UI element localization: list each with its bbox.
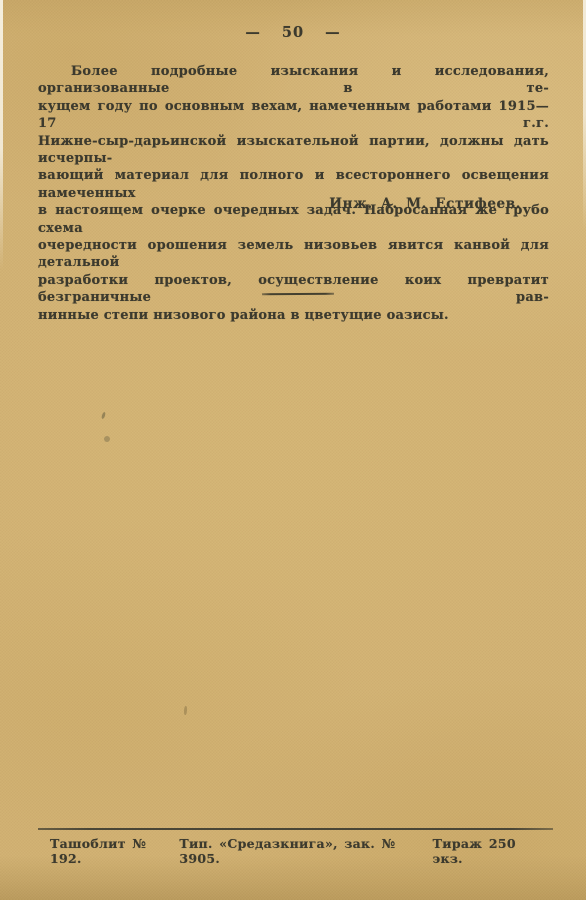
paragraph-line: очередности орошения земель низовьев яви… [38,237,549,272]
paragraph-line: нинные степи низового района в цветущие … [38,307,549,324]
page-number: 50 [282,24,304,41]
scanned-book-page: — 50 — Более подробные изыскания и иссле… [0,0,586,900]
footer-rule [38,828,553,830]
section-divider-rule [262,293,334,295]
page-number-dash-left: — [245,24,261,41]
page-number-header: — 50 — [0,24,586,41]
imprint-footer: Ташоблит № 192. Тип. «Средазкнига», зак.… [50,836,548,866]
paragraph-line: разработки проектов, осуществление коих … [38,272,549,307]
paper-blemish [104,436,110,442]
paragraph-line: кущем году по основным вехам, намеченным… [38,98,549,133]
paper-blemish [101,412,106,420]
imprint-license: Ташоблит № 192. [50,836,179,866]
body-paragraph: Более подробные изыскания и исследования… [38,63,549,324]
paper-blemish [184,706,187,715]
signature-line: Инж. А. М. Естифеев. [329,196,521,212]
imprint-printer: Тип. «Средазкнига», зак. № 3905. [179,836,432,866]
page-number-dash-right: — [325,24,341,41]
paragraph-line: Нижне-сыр-дарьинской изыскательной парти… [38,133,549,168]
paragraph-line: Более подробные изыскания и исследования… [38,63,549,98]
imprint-print-run: Тираж 250 экз. [433,836,548,866]
